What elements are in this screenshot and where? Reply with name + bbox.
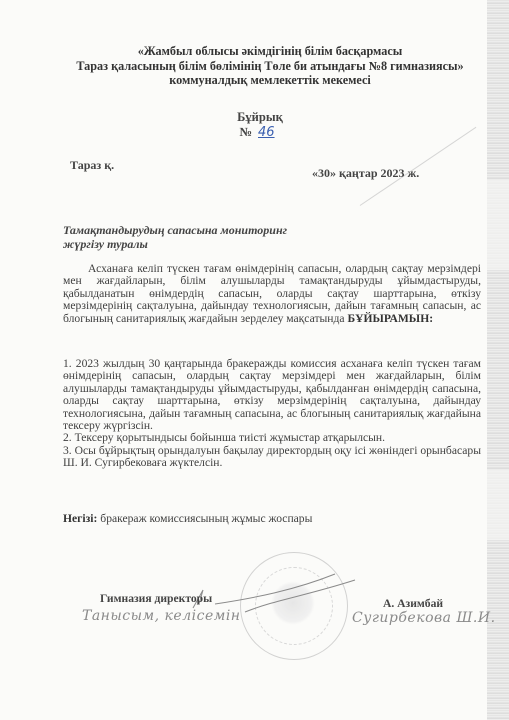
organization-header: «Жамбыл облысы әкімдігінің білім басқарм… [60,44,480,88]
subject-line-2: жүргізу туралы [63,238,287,252]
header-line-3: коммуналдық мемлекеттік мекемесі [60,73,480,88]
order-item-2: 2. Тексеру қорытындысы бойынша тиісті жұ… [63,432,481,444]
header-line-2: Тараз қаласының білім бөлімінің Төле би … [60,59,480,74]
signatory-role: Гимназия директоры [100,592,212,605]
header-line-1: «Жамбыл облысы әкімдігінің білім басқарм… [60,44,480,59]
handwritten-acknowledgement: Танысым, келісемін [82,608,241,624]
order-basis: Негізі: бракераж комиссиясының жұмыс жос… [63,512,312,525]
handwritten-name: Сугирбекова Ш.И. [352,610,496,626]
order-item-1: 1. 2023 жылдың 30 қаңтарында бракеражды … [63,358,481,432]
order-item-3: 3. Осы бұйрықтың орындалуын бақылау дире… [63,445,481,470]
order-title: Бұйрық [200,110,320,125]
scanned-order-page: «Жамбыл облысы әкімдігінің білім басқарм… [0,0,509,720]
order-subject: Тамақтандырудың сапасына мониторинг жүрг… [63,224,287,251]
basis-text: бракераж комиссиясының жұмыс жоспары [97,512,312,525]
signatory-name: А. Азимбай [383,597,443,610]
place-of-issue: Тараз қ. [70,158,114,173]
command-word: БҰЙЫРАМЫН: [347,312,433,325]
order-title-block: Бұйрық №46 [200,110,320,140]
order-number: №46 [239,125,280,140]
order-date: «30» қаңтар 2023 ж. [312,166,419,181]
subject-line-1: Тамақтандырудың сапасына мониторинг [63,224,287,238]
preamble-paragraph: Асханаға келіп түскен тағам өнімдерінің … [63,263,481,325]
order-number-handwritten: 46 [252,125,281,140]
basis-label: Негізі: [63,512,97,525]
order-items: 1. 2023 жылдың 30 қаңтарында бракеражды … [63,358,481,470]
order-number-prefix: № [239,125,252,139]
